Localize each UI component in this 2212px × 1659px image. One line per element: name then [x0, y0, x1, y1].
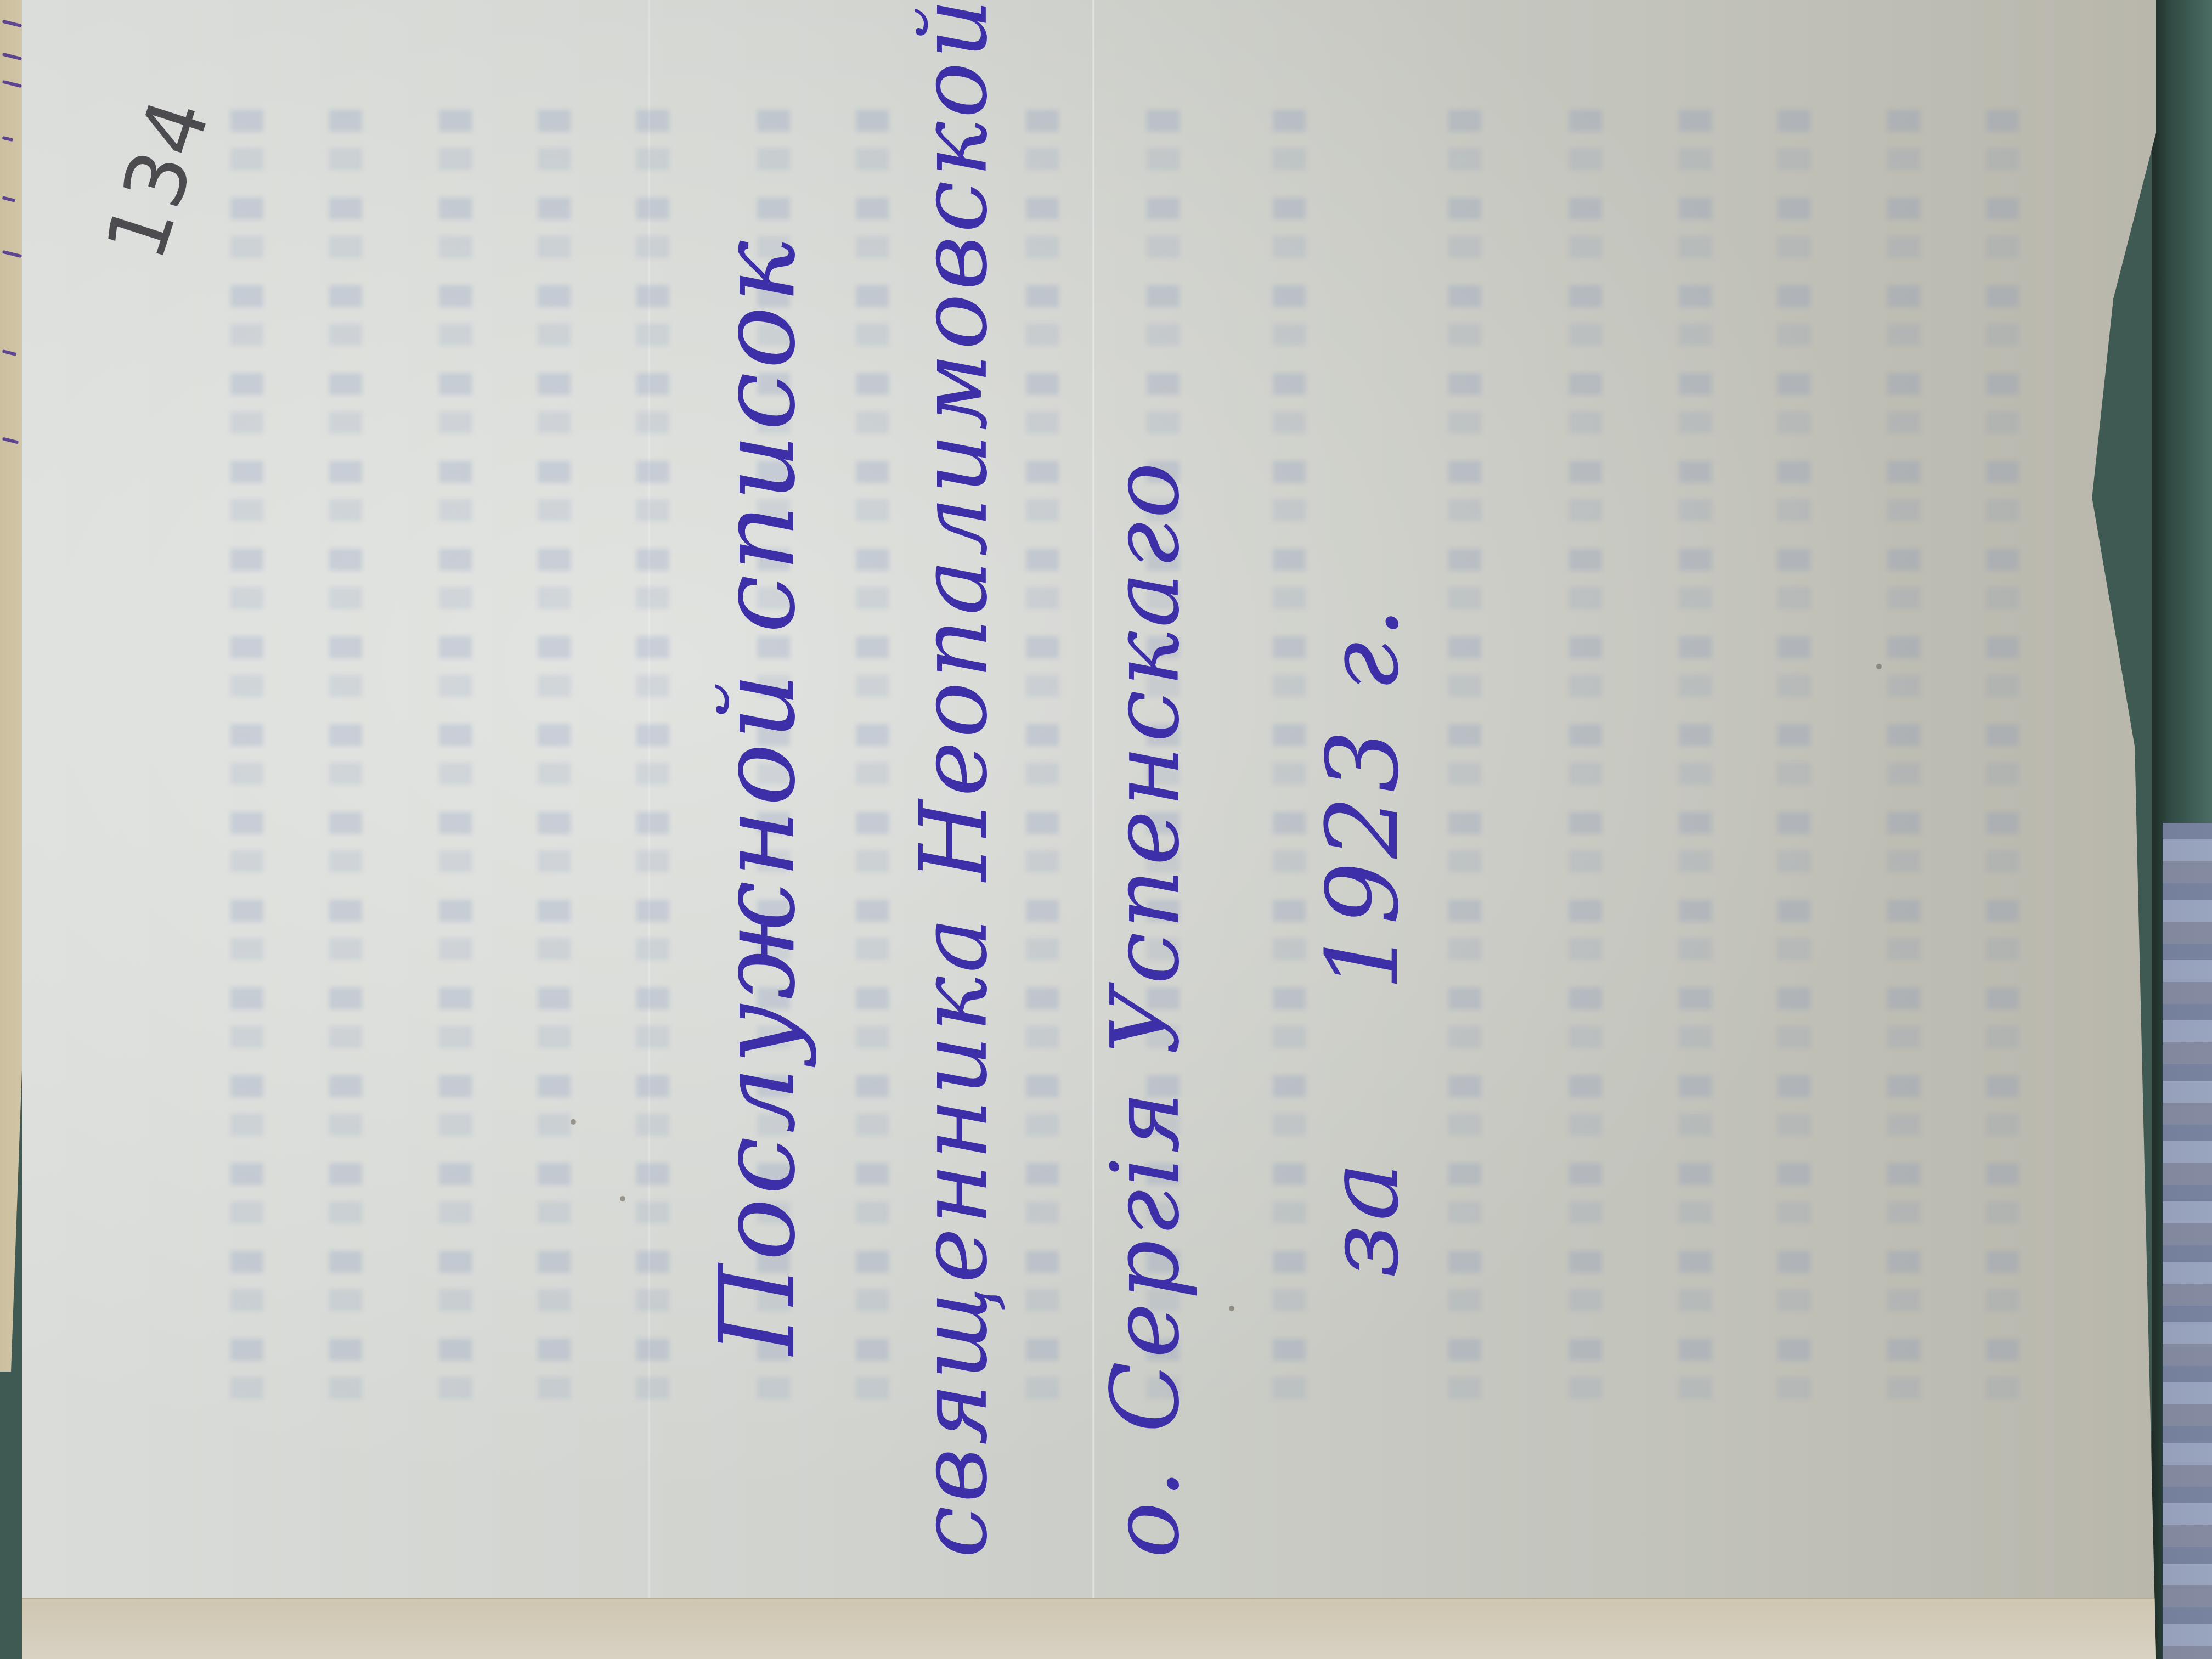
- priest-name-line: о. Сергія Успенскаго: [1092, 459, 1200, 1558]
- bleed-through-writing: [1986, 110, 2019, 1426]
- bleed-through-writing: [1778, 110, 1810, 1426]
- bleed-through-writing: [538, 110, 571, 1426]
- bleed-through-writing: [329, 110, 362, 1426]
- folder-fabric-edge: [2163, 823, 2212, 1659]
- year-value: 1923 г.: [1306, 604, 1420, 991]
- underlying-pages-strip: [22, 1598, 2156, 1659]
- bleed-through-writing: [1569, 110, 1602, 1426]
- year-prefix: за: [1306, 1159, 1420, 1279]
- bleed-through-writing: [636, 110, 669, 1426]
- bleed-through-writing: [1887, 110, 1920, 1426]
- document-title: Послужной список: [697, 238, 818, 1355]
- bleed-through-writing: [1026, 110, 1059, 1426]
- bleed-through-writing: [1448, 110, 1481, 1426]
- document-sheet: [22, 0, 2156, 1659]
- bleed-through-writing: [1273, 110, 1306, 1426]
- priest-name-text: о. Сергія Успенскаго: [1092, 459, 1200, 1558]
- priest-church-line: священника Неопалимовской церкви: [900, 0, 1008, 1558]
- bleed-through-writing: [439, 110, 472, 1426]
- bleed-through-writing: [230, 110, 263, 1426]
- bleed-through-writing: [1679, 110, 1712, 1426]
- bleed-through-writing: [856, 110, 889, 1426]
- year-line: за 1923 г.: [1306, 604, 1420, 1278]
- underlying-page-handwriting: [2, 22, 24, 680]
